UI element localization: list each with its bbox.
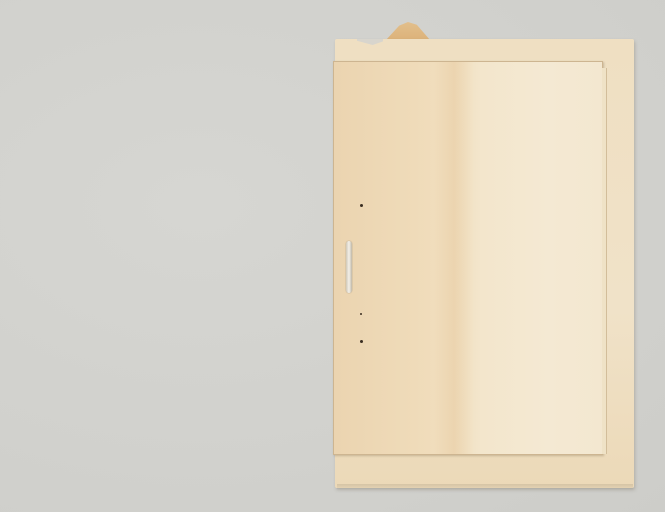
torn-edge bbox=[357, 39, 383, 45]
fold-stain bbox=[434, 62, 474, 454]
sheet-shadow bbox=[337, 484, 633, 490]
front-paper-sheet bbox=[333, 61, 603, 455]
punch-hole-bottom bbox=[360, 340, 363, 343]
staple-icon bbox=[346, 241, 352, 293]
punch-hole-top bbox=[360, 204, 363, 207]
punch-hole-middle bbox=[360, 313, 362, 315]
